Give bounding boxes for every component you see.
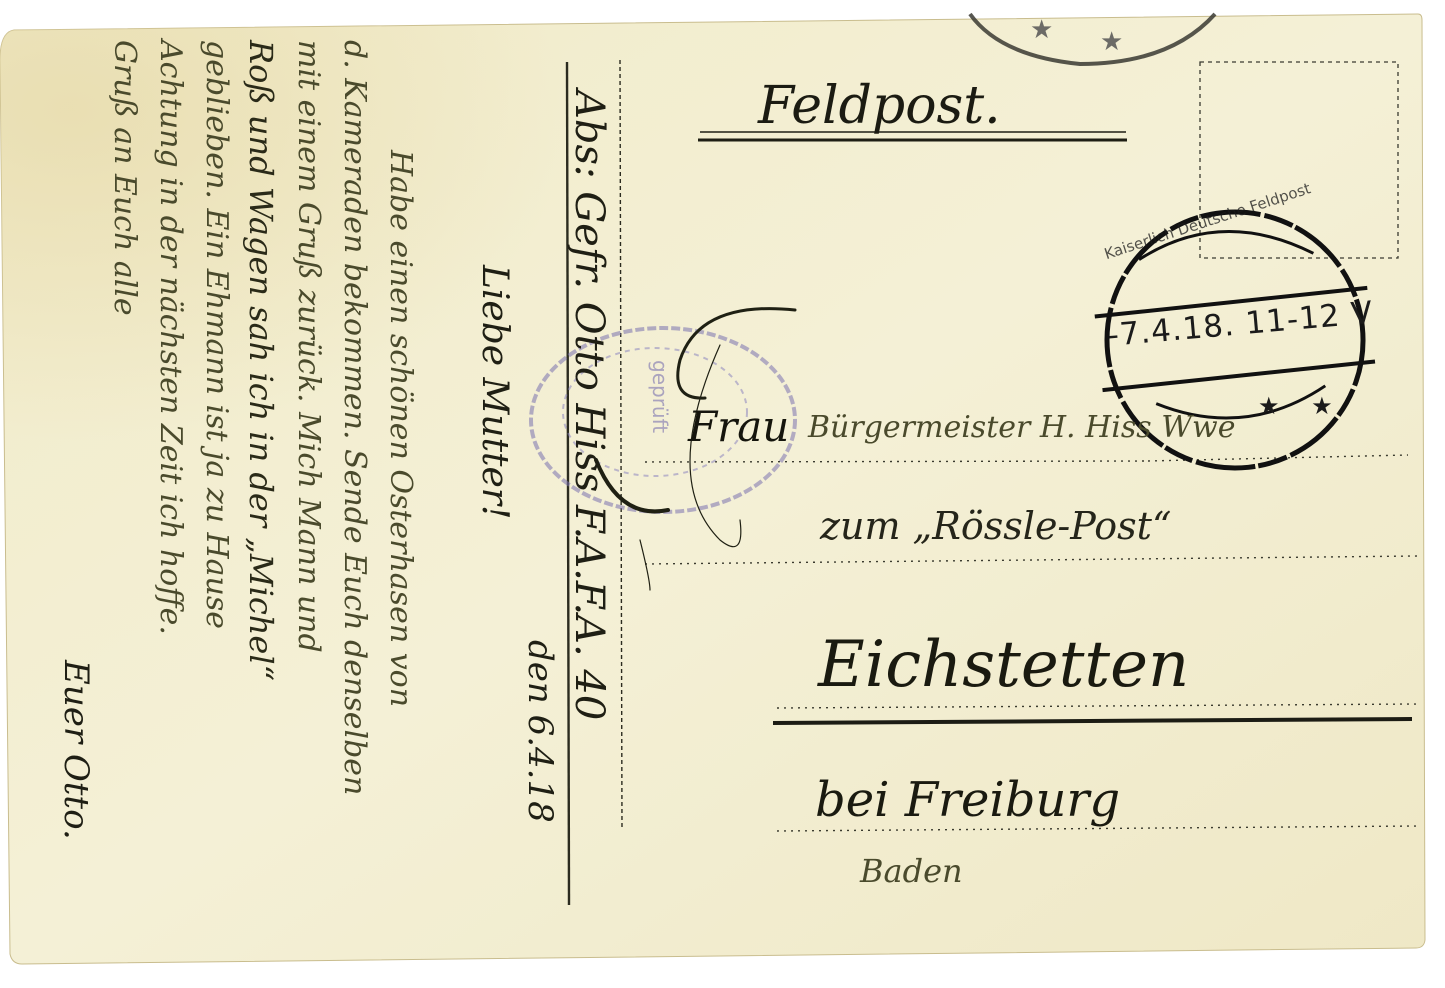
message-signature: Euer Otto. xyxy=(56,660,96,840)
postmark-stars: ★ ★ xyxy=(1258,392,1345,420)
address-line2: zum „Rössle-Post“ xyxy=(820,504,1171,548)
message-line: Habe einen schönen Osterhasen von xyxy=(383,150,418,707)
message-date: den 6.4.18 xyxy=(520,640,560,823)
address-salutation: Frau xyxy=(688,402,789,451)
message-line: Gruß an Euch alle xyxy=(107,40,142,316)
address-line3: Eichstetten xyxy=(818,628,1189,702)
svg-text:★: ★ xyxy=(1030,15,1053,45)
message-line: geblieben. Ein Ehmann ist ja zu Hause xyxy=(199,40,234,629)
message-line: Roß und Wagen sah ich in der „Michel“ xyxy=(242,40,280,681)
message-line: mit einem Gruß zurück. Mich Mann und xyxy=(291,40,326,653)
sender-line: Abs: Gefr. Otto Hiss F.A.F.A. 40 xyxy=(566,90,612,720)
address-line5: Baden xyxy=(860,852,963,890)
address-line4: bei Freiburg xyxy=(815,772,1120,828)
address-line1: Bürgermeister H. Hiss Wwe xyxy=(808,410,1235,445)
svg-text:★: ★ xyxy=(1100,27,1123,57)
censor-stamp-text: geprüft xyxy=(648,360,672,433)
heading-feldpost: Feldpost. xyxy=(758,76,1001,136)
message-greeting: Liebe Mutter! xyxy=(474,265,515,519)
message-line: d. Kameraden bekommen. Sende Euch densel… xyxy=(337,40,372,795)
message-line: Achtung in der nächsten Zeit ich hoffe. xyxy=(153,40,188,635)
postcard: ★ ★ xyxy=(0,0,1445,988)
